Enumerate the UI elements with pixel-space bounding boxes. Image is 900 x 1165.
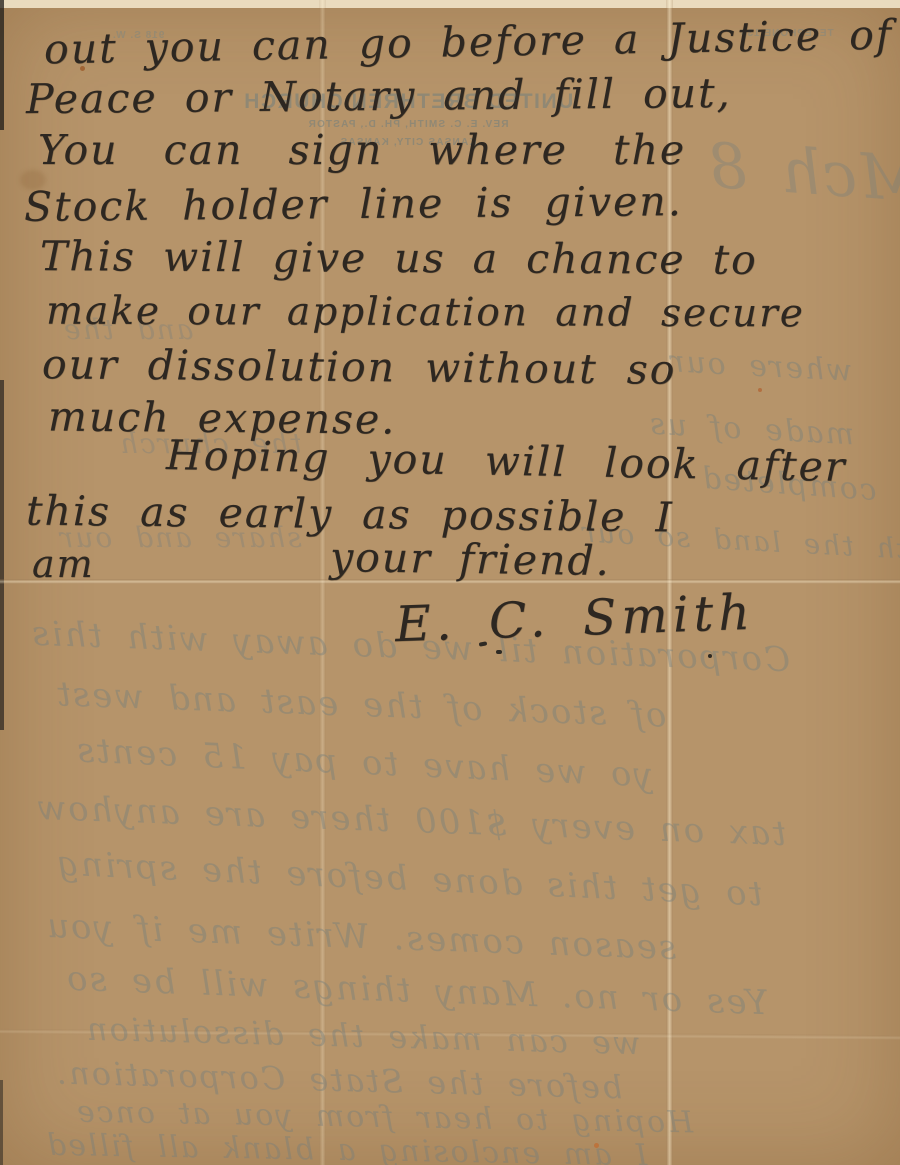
letter-line-am: am — [32, 545, 95, 583]
bleedthrough-line: to get this done before the spring — [55, 847, 763, 912]
bleedthrough-line: Mch 8 — [704, 134, 900, 211]
signature: E. C. Smith — [394, 588, 755, 650]
scan-edge-left — [0, 1080, 3, 1165]
bleedthrough-line: we can make the dissolution — [85, 1013, 641, 1060]
letter-line-7: our dissolution without so — [42, 344, 677, 391]
paper-speck — [758, 388, 762, 392]
scan-edge-left — [0, 0, 4, 130]
ink-mark — [496, 650, 502, 654]
bleedthrough-line: season comes. Write me if you — [45, 909, 677, 965]
bleedthrough-line: yo we have to pay 15 cents — [75, 733, 654, 792]
paper-stain — [20, 170, 46, 190]
letter-line-10: this as early as possible I — [26, 491, 674, 539]
letter-line-1: out you can go before a Justice of — [44, 15, 894, 71]
letter-line-4: Stock holder line is given. — [24, 181, 683, 228]
letter-line-3: You can sign where the — [38, 130, 686, 171]
ink-mark — [708, 654, 712, 658]
paper-speck — [80, 66, 85, 71]
scan-edge-left — [0, 380, 4, 730]
letter-scan: UNITED BRETHREN CHURCH REV. E. C. SMITH,… — [0, 0, 900, 1165]
paper-top-edge — [0, 0, 900, 8]
letter-closing: your friend. — [330, 537, 611, 582]
bleedthrough-line: where our — [667, 347, 852, 387]
bleedthrough-line: tax on every $100 there are anyhow — [35, 791, 787, 851]
letter-line-5: This will give us a chance to — [40, 236, 758, 281]
letter-line-9: Hoping you will look after — [166, 435, 847, 488]
bleedthrough-line: I am enclosing a blank all filled — [45, 1131, 648, 1165]
paper-speck — [594, 1143, 599, 1148]
letter-line-6: make our application and secure — [46, 292, 805, 334]
bleedthrough-line: of stock of the east and west — [55, 677, 667, 732]
letter-line-2: Peace or Notary and fill out, — [26, 73, 732, 120]
